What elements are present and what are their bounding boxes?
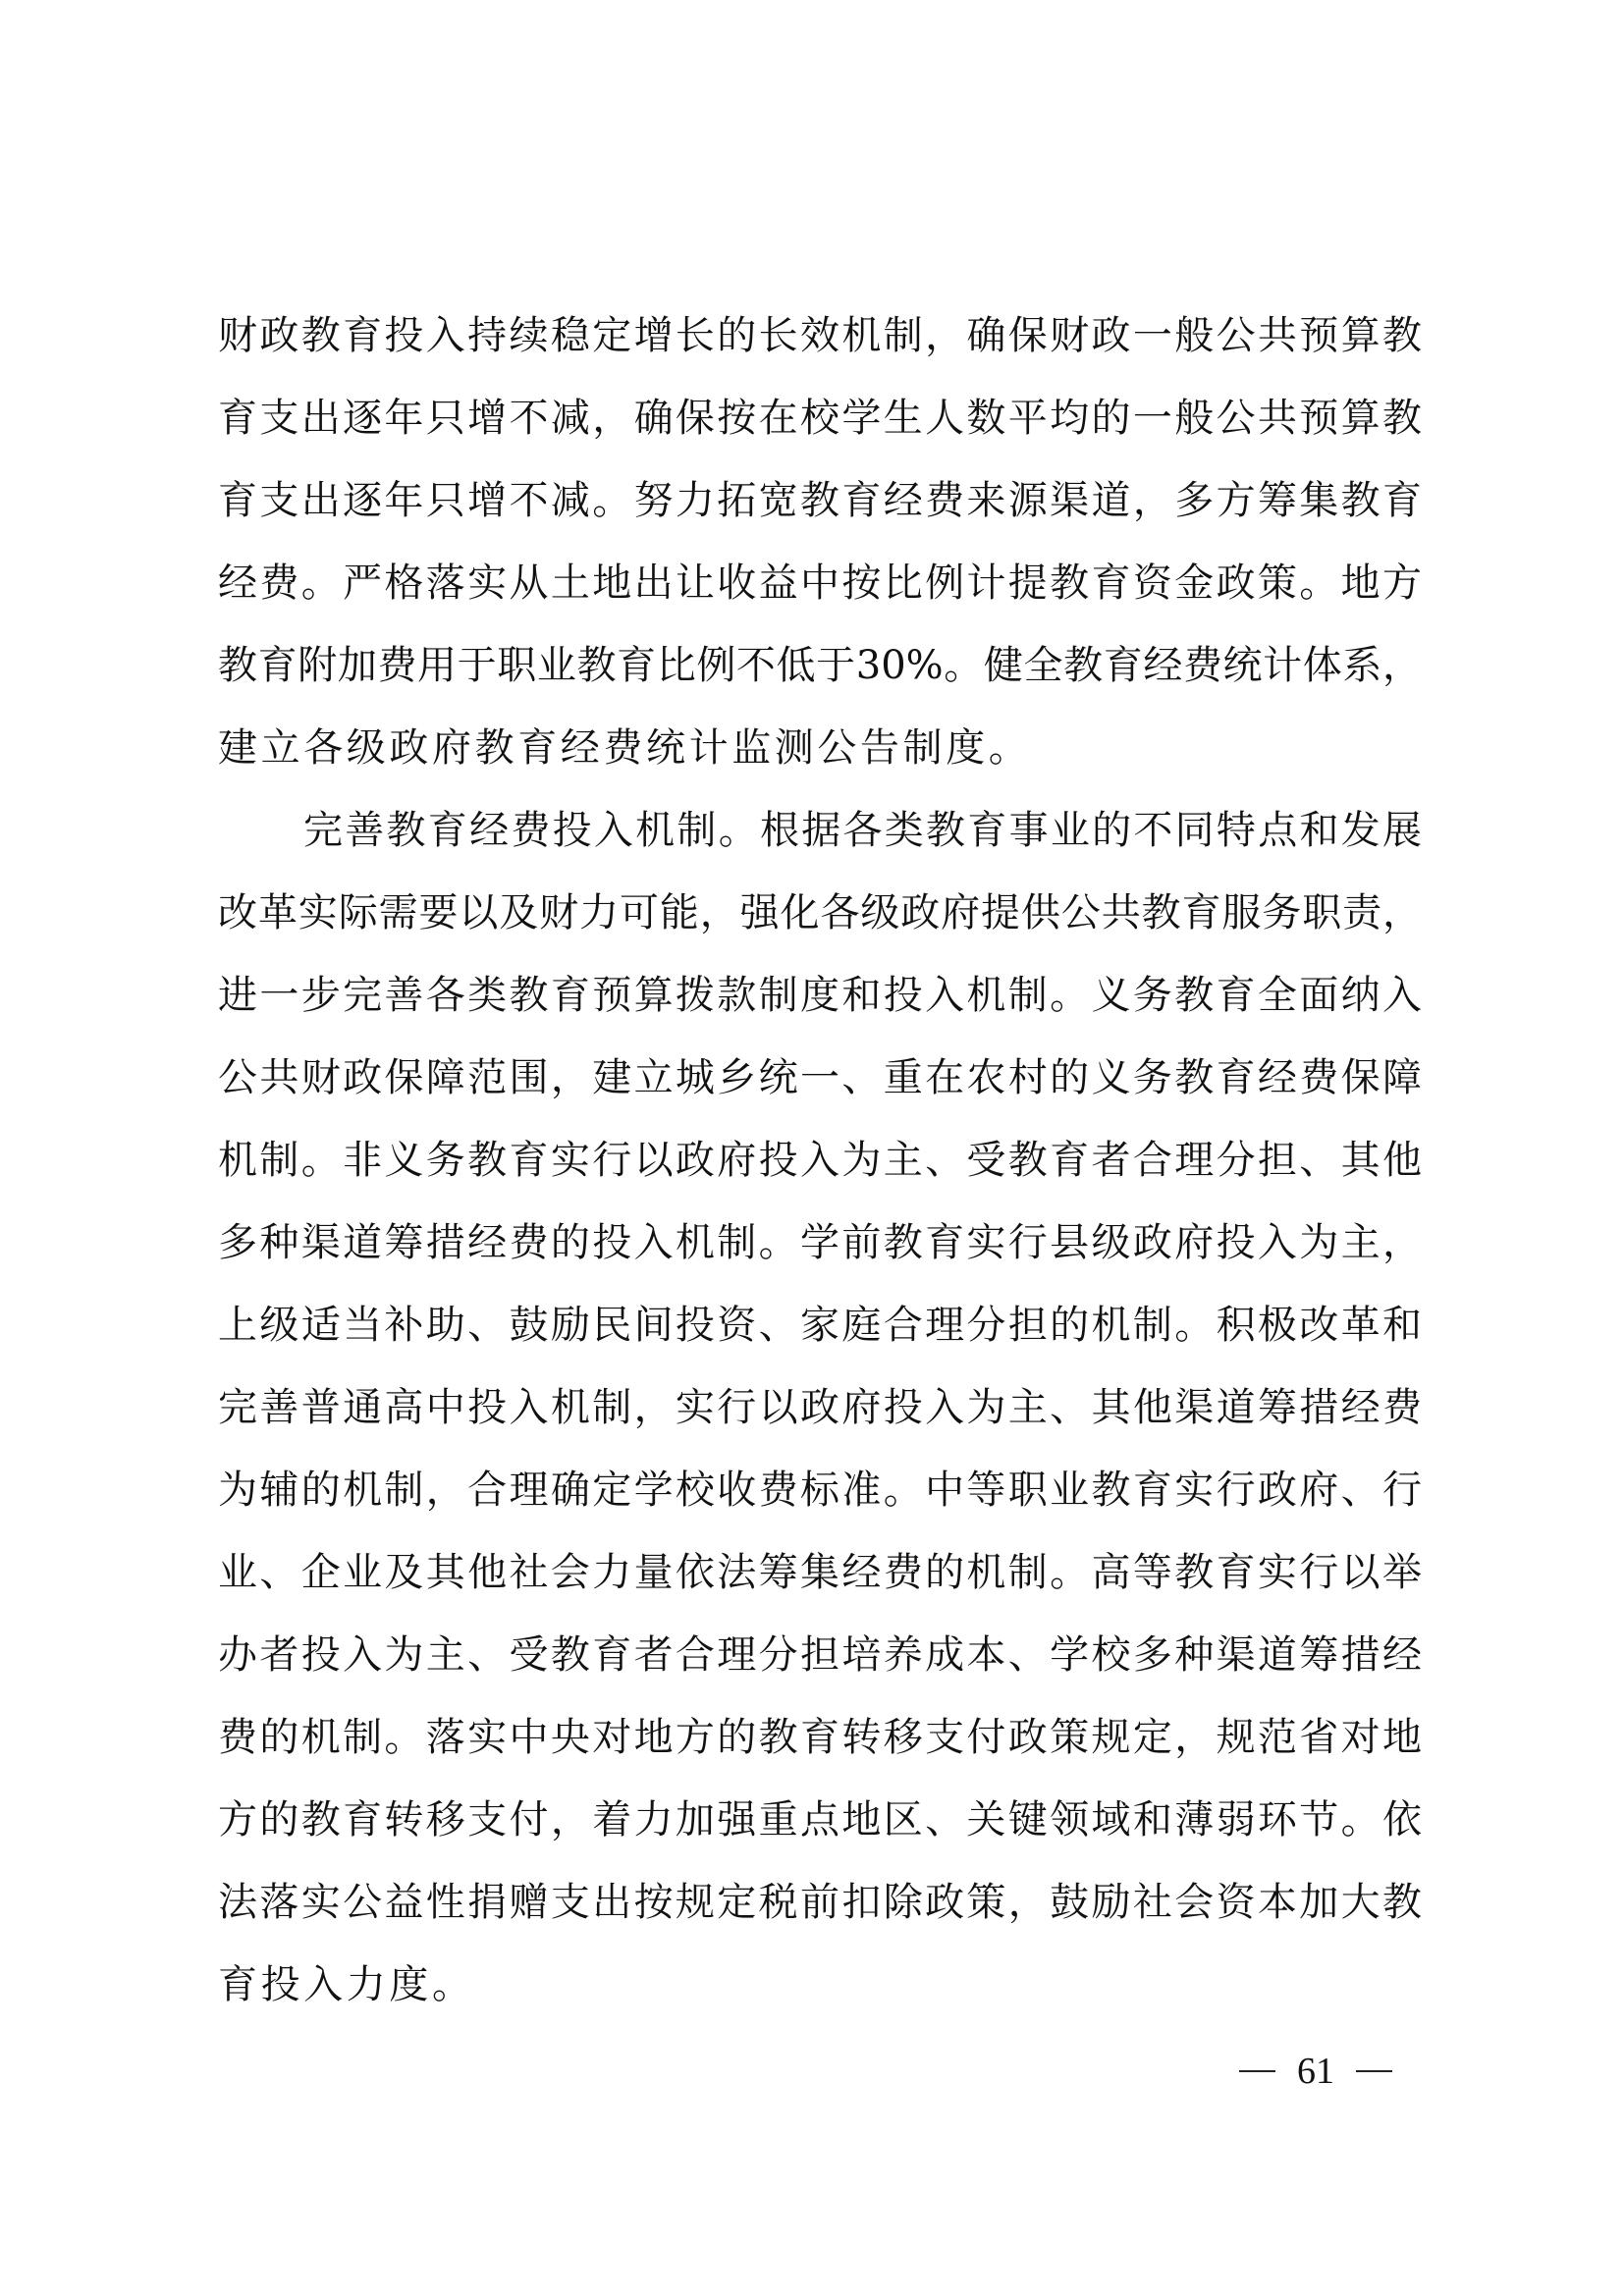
text-line: 改革实际需要以及财力可能，强化各级政府提供公共教育服务职责， — [218, 872, 1422, 954]
text-line: 财政教育投入持续稳定增长的长效机制，确保财政一般公共预算教 — [218, 294, 1422, 377]
page-number-right-dash — [1356, 2070, 1392, 2072]
text-line: 进一步完善各类教育预算拨款制度和投入机制。义务教育全面纳入 — [218, 954, 1422, 1037]
text-line: 法落实公益性捐赠支出按规定税前扣除政策，鼓励社会资本加大教 — [218, 1861, 1422, 1944]
text-line: 上级适当补助、鼓励民间投资、家庭合理分担的机制。积极改革和 — [218, 1284, 1422, 1366]
text-line: 业、企业及其他社会力量依法筹集经费的机制。高等教育实行以举 — [218, 1531, 1422, 1614]
text-line: 完善普通高中投入机制，实行以政府投入为主、其他渠道筹措经费 — [218, 1366, 1422, 1449]
text-line: 方的教育转移支付，着力加强重点地区、关键领域和薄弱环节。依 — [218, 1779, 1422, 1861]
text-line: 多种渠道筹措经费的投入机制。学前教育实行县级政府投入为主， — [218, 1201, 1422, 1284]
text-line: 育支出逐年只增不减，确保按在校学生人数平均的一般公共预算教 — [218, 377, 1422, 459]
document-page: 财政教育投入持续稳定增长的长效机制，确保财政一般公共预算教 育支出逐年只增不减，… — [0, 0, 1624, 2296]
text-line-indented: 完善教育经费投入机制。根据各类教育事业的不同特点和发展 — [303, 789, 1422, 872]
text-line: 育支出逐年只增不减。努力拓宽教育经费来源渠道，多方筹集教育 — [218, 459, 1422, 542]
text-line: 教育附加费用于职业教育比例不低于30%。健全教育经费统计体系， — [218, 624, 1422, 707]
text-line: 建立各级政府教育经费统计监测公告制度。 — [218, 707, 1422, 789]
text-line: 育投入力度。 — [218, 1944, 1422, 2026]
text-line: 为辅的机制，合理确定学校收费标准。中等职业教育实行政府、行 — [218, 1449, 1422, 1531]
page-number-value: 61 — [1297, 2042, 1334, 2101]
text-line: 机制。非义务教育实行以政府投入为主、受教育者合理分担、其他 — [218, 1119, 1422, 1201]
text-line: 经费。严格落实从土地出让收益中按比例计提教育资金政策。地方 — [218, 542, 1422, 624]
text-line: 办者投入为主、受教育者合理分担培养成本、学校多种渠道筹措经 — [218, 1614, 1422, 1696]
text-line: 公共财政保障范围，建立城乡统一、重在农村的义务教育经费保障 — [218, 1037, 1422, 1119]
page-number: 61 — [1218, 2042, 1414, 2101]
page-number-left-dash — [1239, 2070, 1275, 2072]
text-line: 费的机制。落实中央对地方的教育转移支付政策规定，规范省对地 — [218, 1696, 1422, 1779]
